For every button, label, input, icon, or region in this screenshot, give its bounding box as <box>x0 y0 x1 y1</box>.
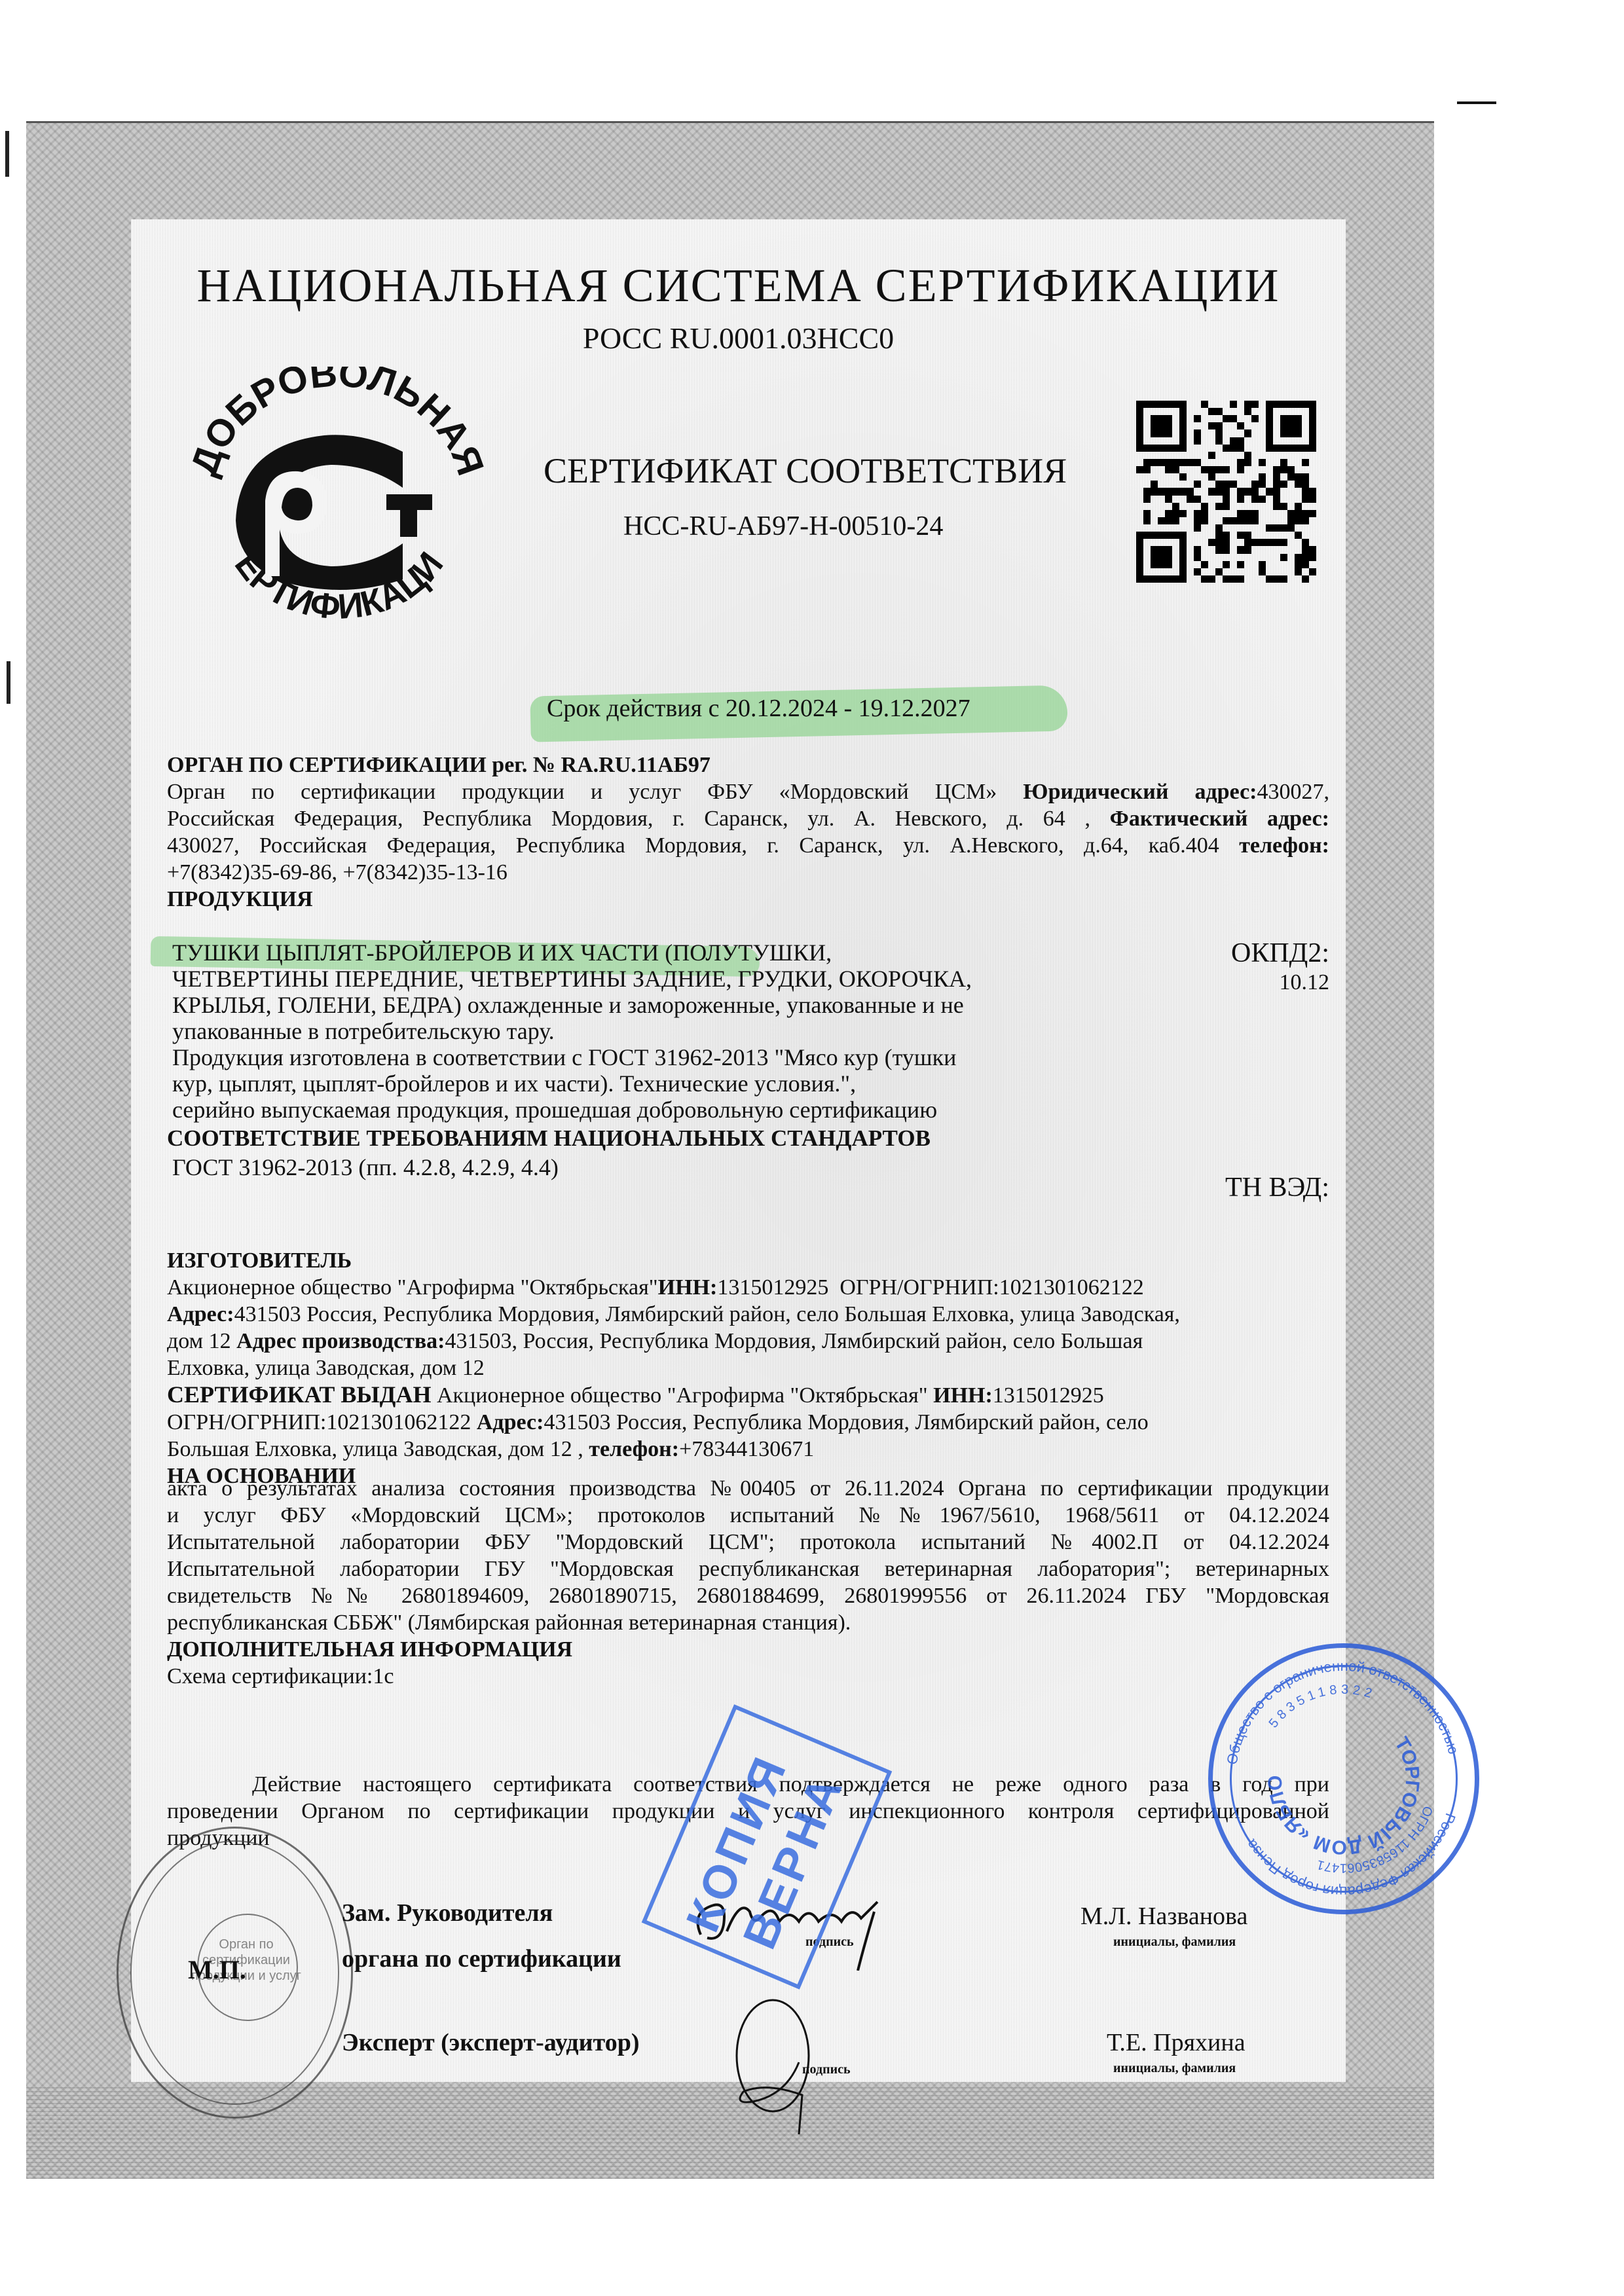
basis-section: акта о результатах анализа состояния про… <box>167 1475 1329 1690</box>
product-line: Продукция изготовлена в соответствии с Г… <box>167 1044 1031 1070</box>
certificate-title: СЕРТИФИКАТ СООТВЕТСТВИЯ <box>544 450 1067 491</box>
basis-line: Испытательной лаборатории ФБУ "Мордовски… <box>167 1529 1329 1556</box>
system-title: НАЦИОНАЛЬНАЯ СИСТЕМА СЕРТИФИКАЦИИ <box>131 259 1346 313</box>
cert-body-phones: +7(8342)35-69-86, +7(8342)35-13-16 <box>167 859 1329 886</box>
issued-to-line: ОГРН/ОГРНИП:1021301062122 Адрес:431503 Р… <box>167 1409 1280 1436</box>
okpd2-label: ОКПД2: <box>1225 938 1329 969</box>
manufacturer-line: Акционерное общество "Агрофирма "Октябрь… <box>167 1274 1280 1301</box>
manufacturer-line: Елховка, улица Заводская, дом 12 <box>167 1355 1280 1381</box>
product-line: кур, цыплят, цыплят-бройлеров и их части… <box>167 1070 1031 1097</box>
registration-number: рег. № RA.RU.11АБ97 <box>492 753 710 777</box>
basis-line: и услуг ФБУ «Мордовский ЦСМ»; протоколов… <box>167 1502 1329 1529</box>
product-line: ТУШКИ ЦЫПЛЯТ-БРОЙЛЕРОВ И ИХ ЧАСТИ (ПОЛУТ… <box>167 939 1031 966</box>
scan-edge-mark <box>5 131 9 177</box>
certification-scheme: Схема сертификации:1с <box>167 1663 1329 1690</box>
tnved-label: ТН ВЭД: <box>1205 1172 1329 1203</box>
validity-period: Срок действия с 20.12.2024 - 19.12.2027 <box>547 694 970 723</box>
standard-value: ГОСТ 31962-2013 (пп. 4.2.8, 4.2.9, 4.4) <box>167 1154 1031 1180</box>
expert-name: Т.Е. Пряхина <box>1107 2028 1246 2057</box>
qr-code-icon[interactable] <box>1136 401 1316 583</box>
section-heading: ДОПОЛНИТЕЛЬНАЯ ИНФОРМАЦИЯ <box>167 1636 1329 1663</box>
basis-line: Испытательной лаборатории ГБУ "Мордовска… <box>167 1556 1329 1582</box>
expert-signature-icon <box>707 1997 838 2147</box>
trade-house-seal: Общество с ограниченной ответственностью… <box>1208 1643 1479 1914</box>
system-registration: РОСС RU.0001.03НСС0 <box>131 321 1346 355</box>
product-line: КРЫЛЬЯ, ГОЛЕНИ, БЕДРА) охлажденные и зам… <box>167 992 1031 1018</box>
cert-body-line: 430027, Российская Федерация, Республика… <box>167 832 1329 859</box>
svg-text:Общество с ограниченной ответс: Общество с ограниченной ответственностью <box>1223 1658 1462 1766</box>
stamp-place-label: М.П. <box>188 1954 246 1985</box>
product-line: ЧЕТВЕРТИНЫ ПЕРЕДНИЕ, ЧЕТВЕРТИНЫ ЗАДНИЕ, … <box>167 966 1031 992</box>
scan-edge-mark <box>1457 101 1496 104</box>
section-heading: ОРГАН ПО СЕРТИФИКАЦИИ <box>167 753 487 777</box>
basis-line: акта о результатах анализа состояния про… <box>167 1475 1329 1502</box>
initials-caption: инициалы, фамилия <box>1113 1935 1236 1950</box>
manufacturer-line: дом 12 Адрес производства:431503, Россия… <box>167 1328 1280 1355</box>
manufacturer-section: ИЗГОТОВИТЕЛЬ Акционерное общество "Агроф… <box>167 1247 1280 1489</box>
deputy-head-label: органа по сертификации <box>342 1944 621 1973</box>
certification-body-section: ОРГАН ПО СЕРТИФИКАЦИИ рег. № RA.RU.11АБ9… <box>167 752 1329 913</box>
issued-to-line: Большая Елховка, улица Заводская, дом 12… <box>167 1436 1280 1463</box>
expert-label: Эксперт (эксперт-аудитор) <box>342 2028 640 2057</box>
basis-line: республиканская СББЖ" (Лямбирская районн… <box>167 1609 1329 1636</box>
certificate-number: НСС-RU-АБ97-Н-00510-24 <box>623 511 943 542</box>
cert-body-line: Орган по сертификации продукции и услуг … <box>167 778 1329 805</box>
scan-edge-mark <box>7 661 10 704</box>
rst-voluntary-certification-logo-icon: ДОБРОВОЛЬНАЯ СЕРТИФИКАЦИЯ <box>167 367 507 635</box>
product-line: упакованные в потребительскую тару. <box>167 1018 1031 1044</box>
deputy-head-label: Зам. Руководителя <box>342 1899 553 1927</box>
section-heading: ИЗГОТОВИТЕЛЬ <box>167 1247 1280 1274</box>
product-line: серийно выпускаемая продукция, прошедшая… <box>167 1097 1031 1123</box>
product-section: ТУШКИ ЦЫПЛЯТ-БРОЙЛЕРОВ И ИХ ЧАСТИ (ПОЛУТ… <box>167 939 1031 1180</box>
cert-body-line: Российская Федерация, Республика Мордови… <box>167 805 1329 832</box>
issued-to-line: СЕРТИФИКАТ ВЫДАН Акционерное общество "А… <box>167 1381 1280 1409</box>
basis-line: свидетельств №№ 26801894609, 26801890715… <box>167 1582 1329 1609</box>
section-heading: ПРОДУКЦИЯ <box>167 886 1329 913</box>
manufacturer-line: Адрес:431503 Россия, Республика Мордовия… <box>167 1301 1280 1328</box>
initials-caption: инициалы, фамилия <box>1113 2061 1236 2076</box>
okpd2-value: 10.12 <box>1225 970 1329 995</box>
section-heading: СООТВЕТСТВИЕ ТРЕБОВАНИЯМ НАЦИОНАЛЬНЫХ СТ… <box>167 1125 1031 1152</box>
